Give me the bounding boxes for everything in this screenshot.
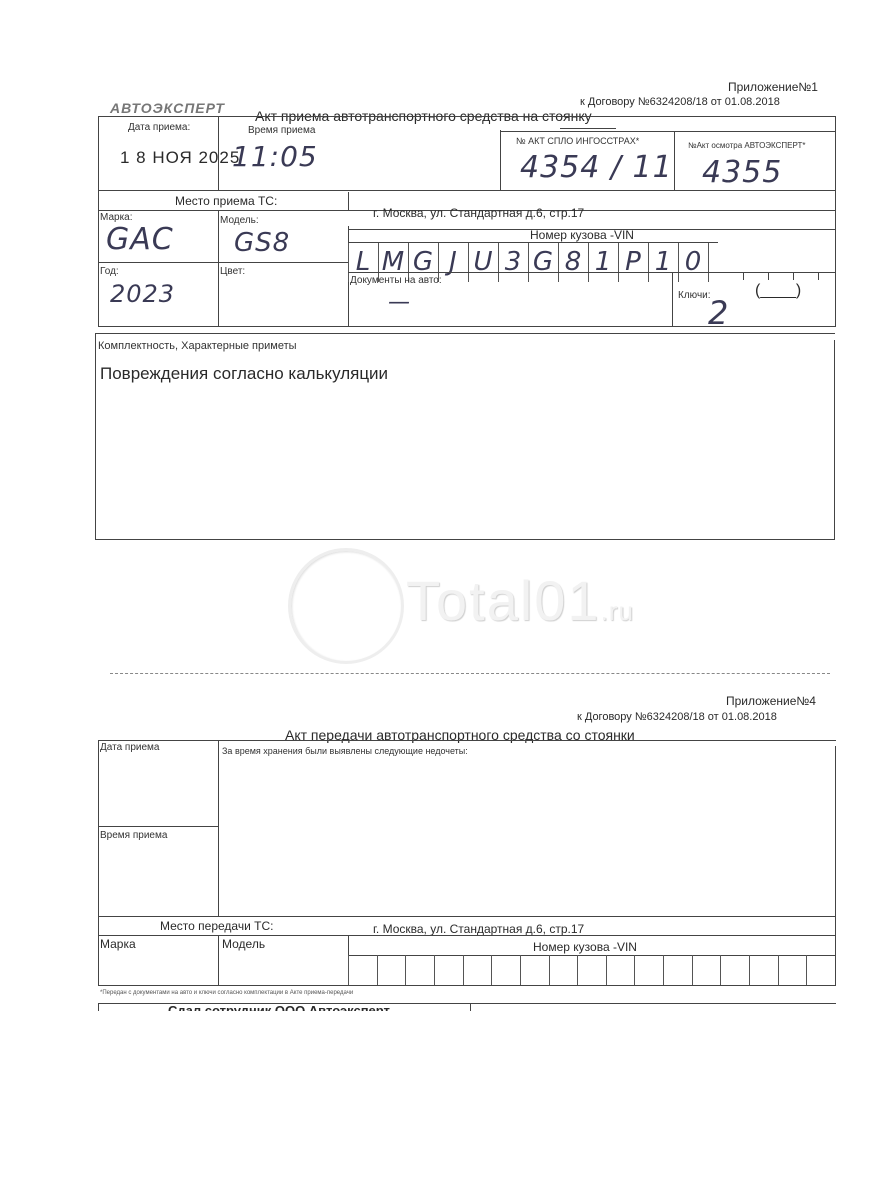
vin-cell (348, 955, 377, 985)
form2-vin-label: Номер кузова -VIN (533, 940, 637, 954)
place-value: г. Москва, ул. Стандартная д.6, стр.17 (373, 206, 584, 220)
watermark-text: Total01.ru (406, 568, 634, 633)
defects-label: За время хранения были выявлены следующи… (222, 746, 468, 756)
act-inspect-label: №Акт осмотра АВТОЭКСПЕРТ* (688, 141, 805, 150)
logo: АВТОЭКСПЕРТ (110, 100, 225, 116)
vin-char: 1 (648, 242, 678, 282)
vin-char: 0 (678, 242, 708, 282)
vin-cell (749, 955, 778, 985)
form1-contract: к Договору №6324208/18 от 01.08.2018 (580, 96, 780, 108)
form2-time-label: Время приема (100, 830, 167, 841)
docs-label: Документы на авто: (350, 275, 442, 286)
footnote: *Передан с документами на авто и ключи с… (100, 990, 353, 996)
keys-extra: (____) (755, 282, 801, 300)
vin-cell (434, 955, 463, 985)
vin-char: U (468, 242, 498, 282)
year-label: Год: (100, 266, 119, 277)
form1-appendix: Приложение№1 (728, 80, 818, 94)
date-label: Дата приема: (128, 122, 190, 133)
vin-cell (377, 955, 406, 985)
vin-char: 8 (558, 242, 588, 282)
vin-cell (520, 955, 549, 985)
vin-cell (491, 955, 520, 985)
date-value: 1 8 НОЯ 2025 (120, 148, 240, 168)
car-cloud-icon (288, 548, 404, 664)
model-value: GS8 (234, 228, 290, 258)
form2-appendix: Приложение№4 (726, 694, 816, 708)
vin-cell (577, 955, 606, 985)
vin-char: J (438, 242, 468, 282)
form2-date-label: Дата приема (100, 742, 159, 753)
make-value: GAC (106, 222, 174, 257)
vin-cell (463, 955, 492, 985)
equipment-value: Повреждения согласно калькуляции (100, 364, 388, 384)
vin-cell (663, 955, 692, 985)
watermark: Total01.ru (288, 548, 608, 658)
vin-cell (692, 955, 721, 985)
vin-cell (549, 955, 578, 985)
model-label: Модель: (220, 215, 259, 226)
vin-cell (405, 955, 434, 985)
vin-char: 3 (498, 242, 528, 282)
form2-place-value: г. Москва, ул. Стандартная д.6, стр.17 (373, 922, 584, 936)
vin-cell (720, 955, 749, 985)
form2-model-label: Модель (222, 937, 265, 951)
vin-cell (606, 955, 635, 985)
vin-char: G (528, 242, 558, 282)
color-label: Цвет: (220, 266, 245, 277)
act-inspect-value: 4355 (702, 155, 782, 190)
time-label: Время приема (248, 125, 315, 136)
form2-place-label: Место передачи ТС: (160, 919, 273, 933)
act-ingos-label: № АКТ СПЛО ИНГОССТРАХ* (516, 136, 639, 146)
form2-contract: к Договору №6324208/18 от 01.08.2018 (577, 711, 777, 723)
keys-label: Ключи: (678, 290, 711, 301)
vin-char: P (618, 242, 648, 282)
year-value: 2023 (110, 280, 175, 308)
equipment-label: Комплектность, Характерные приметы (98, 340, 297, 352)
vin-cell (806, 955, 835, 985)
form2-vin-grid (348, 955, 835, 985)
time-value: 11:05 (232, 140, 318, 173)
vin-cell (634, 955, 663, 985)
form2-make-label: Марка (100, 937, 136, 951)
act-ingos-value: 4354 / 11 (520, 150, 673, 185)
place-label: Место приема ТС: (175, 194, 277, 208)
bottom-partial: Сдал сотрудник ООО Автоэксперт (168, 1003, 390, 1011)
docs-value: — (388, 290, 411, 315)
vin-char: 1 (588, 242, 618, 282)
vin-cell (778, 955, 807, 985)
vin-label: Номер кузова -VIN (530, 228, 634, 242)
